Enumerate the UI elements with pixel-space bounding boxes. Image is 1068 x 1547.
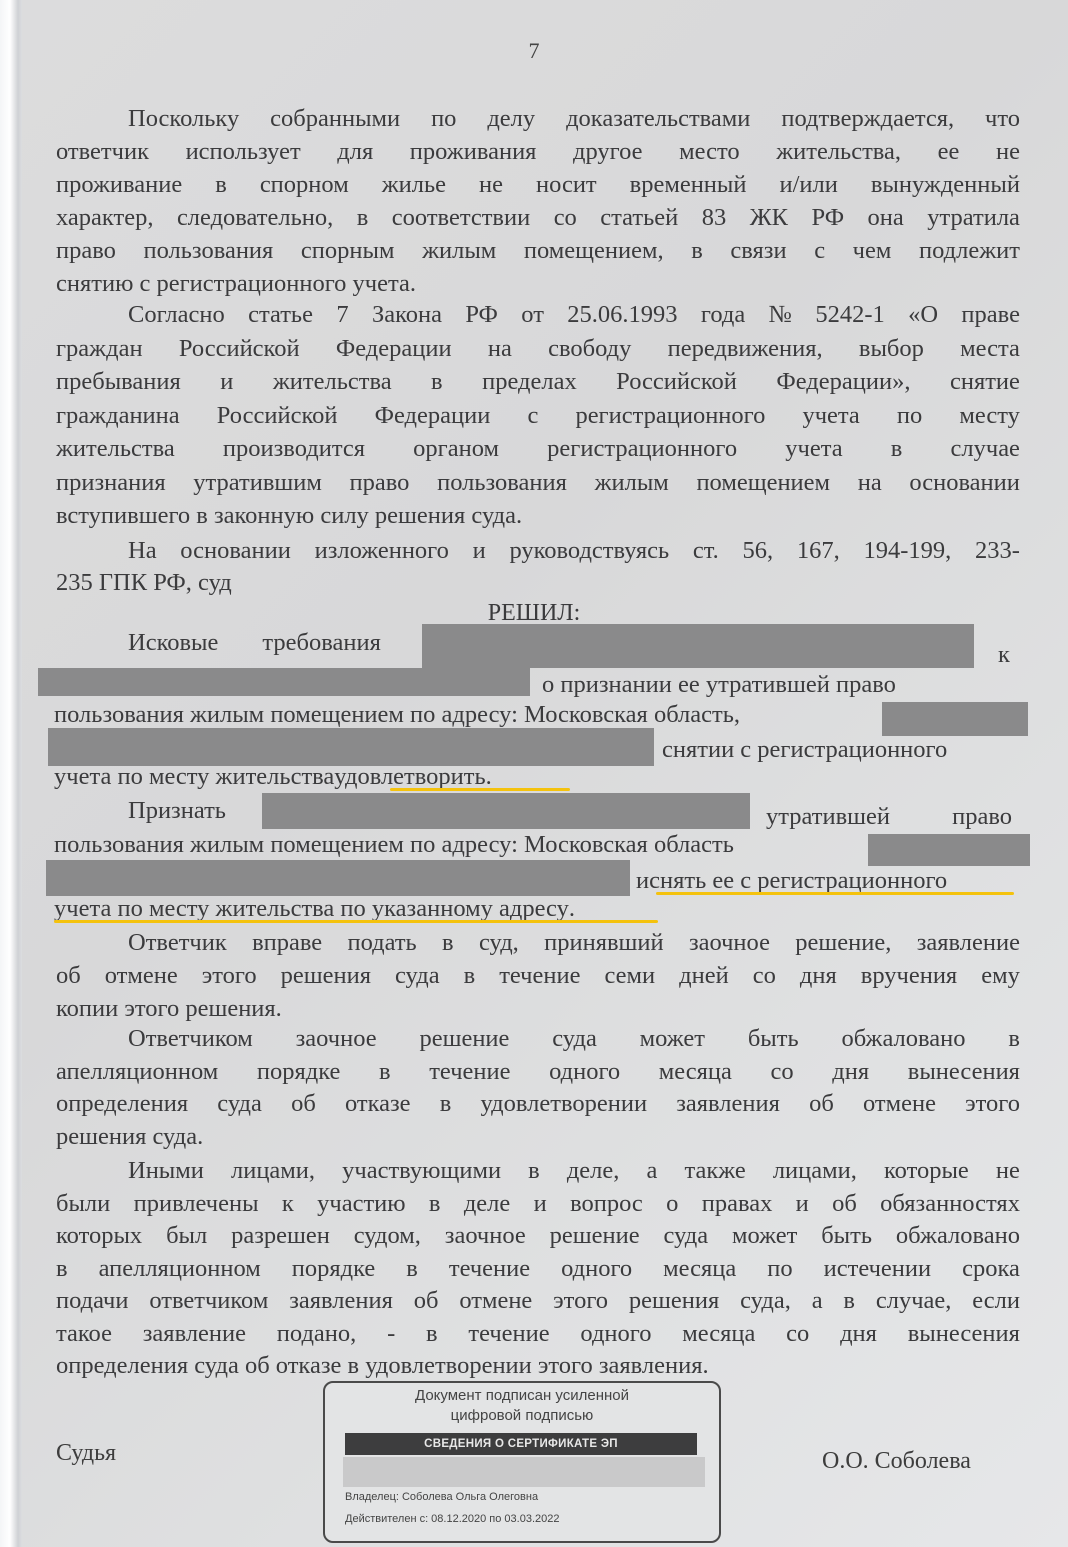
redaction-defendant bbox=[38, 668, 530, 696]
decision-line-6: Признать bbox=[128, 796, 226, 826]
highlight-underline bbox=[54, 920, 658, 923]
text-line: Согласностатье7ЗаконаРФот25.06.1993года№… bbox=[128, 300, 1020, 330]
text-line: такоезаявлениеподано,-втечениеодногомеся… bbox=[56, 1319, 1020, 1349]
digital-signature-stamp: Документ подписан усиленной цифровой под… bbox=[323, 1381, 721, 1543]
text-line: гражданинаРоссийскойФедерациисрегистраци… bbox=[56, 401, 1020, 431]
text: учета по месту жительства bbox=[54, 762, 334, 792]
highlight-underline bbox=[390, 788, 570, 791]
text: о признании ее утратившей право bbox=[542, 670, 896, 700]
text-line: былипривлеченыкучастиювделеивопросоправа… bbox=[56, 1189, 1020, 1219]
decision-line-2: о признании ее утратившей право bbox=[542, 670, 1014, 700]
text-line: Ответчикомзаочноерешениесудаможетбытьобж… bbox=[128, 1024, 1020, 1054]
text-line: вступившего в законную силу решения суда… bbox=[56, 501, 522, 531]
text-line: гражданРоссийскойФедерациинасвободуперед… bbox=[56, 334, 1020, 364]
redaction-defendant-2 bbox=[262, 793, 750, 829]
decision-line-1: Исковые требования bbox=[128, 628, 381, 658]
highlight-underline bbox=[656, 892, 1014, 895]
certificate-owner: Владелец: Соболева Ольга Олеговна bbox=[345, 1491, 538, 1503]
text-line: определениясудаоботказевудовлетворенииза… bbox=[56, 1089, 1020, 1119]
text-line: признанияутратившимправопользованияжилым… bbox=[56, 468, 1020, 498]
redaction-address-4 bbox=[46, 860, 630, 896]
text-line: определения суда об отказе в удовлетворе… bbox=[56, 1351, 709, 1381]
redaction-plaintiff bbox=[422, 624, 974, 668]
text-line: Наоснованииизложенногоируководствуясьст.… bbox=[128, 536, 1020, 566]
text-line: оботменеэтогорешениясудавтечениесемидней… bbox=[56, 961, 1020, 991]
certificate-validity: Действителен с: 08.12.2020 по 03.03.2022 bbox=[345, 1513, 559, 1525]
text-line: копии этого решения. bbox=[56, 994, 282, 1024]
text: утратившей bbox=[766, 802, 890, 832]
page-edge bbox=[0, 0, 22, 1547]
text-line: правопользованияспорнымжилымпомещением,в… bbox=[56, 236, 1020, 266]
judge-label: Судья bbox=[56, 1440, 116, 1467]
text-line: снятию с регистрационного учета. bbox=[56, 269, 416, 299]
stamp-line-1: Документ подписан усиленной bbox=[325, 1387, 719, 1404]
stamp-line-2: цифровой подписью bbox=[325, 1407, 719, 1424]
text-k: к bbox=[998, 640, 1010, 670]
text-line: которыхбылразрешенсудом,заочноерешениесу… bbox=[56, 1221, 1020, 1251]
redaction-address-1 bbox=[882, 702, 1028, 736]
text-line: жительствапроизводитсяорганомрегистрацио… bbox=[56, 434, 1020, 464]
text-line: Инымилицами,участвующимивделе,атакжелица… bbox=[128, 1156, 1020, 1186]
page-number: 7 bbox=[0, 38, 1068, 64]
certificate-info-bar: СВЕДЕНИЯ О СЕРТИФИКАТЕ ЭП bbox=[345, 1433, 697, 1455]
text-line: пребыванияижительствавпределахРоссийской… bbox=[56, 367, 1020, 397]
text-line: проживаниевспорномжильененоситвременныйи… bbox=[56, 170, 1020, 200]
redaction-address-2 bbox=[48, 728, 654, 766]
text-line: Посколькусобраннымиподелудоказательствам… bbox=[128, 104, 1020, 134]
decision-line-7: пользования жилым помещением по адресу: … bbox=[54, 830, 734, 860]
decision-line-6b: утратившей право bbox=[766, 802, 1012, 832]
decision-line-3: пользования жилым помещением по адресу: … bbox=[54, 700, 740, 730]
redaction-certificate bbox=[343, 1457, 705, 1487]
text-line: 235 ГПК РФ, суд bbox=[56, 568, 232, 598]
decision-line-4: снятии с регистрационного bbox=[662, 735, 947, 765]
text: требования bbox=[262, 628, 380, 658]
text-line: апелляционномпорядкевтечениеодногомесяца… bbox=[56, 1057, 1020, 1087]
redaction-address-3 bbox=[868, 834, 1030, 866]
text-line: характер,следовательно,всоответствиисост… bbox=[56, 203, 1020, 233]
text-line: ответчикиспользуетдляпроживаниядругоемес… bbox=[56, 137, 1020, 167]
text-line: Ответчиквправеподатьвсуд,принявшийзаочно… bbox=[128, 928, 1020, 958]
text: Исковые bbox=[128, 628, 218, 658]
judge-name: О.О. Соболева bbox=[822, 1448, 971, 1475]
text: и bbox=[636, 866, 649, 896]
text-line: вапелляционномпорядкевтечениеодногомесяц… bbox=[56, 1254, 1020, 1284]
decision-heading: РЕШИЛ: bbox=[0, 600, 1068, 627]
text-line: решения суда. bbox=[56, 1122, 203, 1152]
text-line: подачиответчикомзаявленияоботменеэтогоре… bbox=[56, 1286, 1020, 1316]
text: право bbox=[952, 802, 1012, 832]
